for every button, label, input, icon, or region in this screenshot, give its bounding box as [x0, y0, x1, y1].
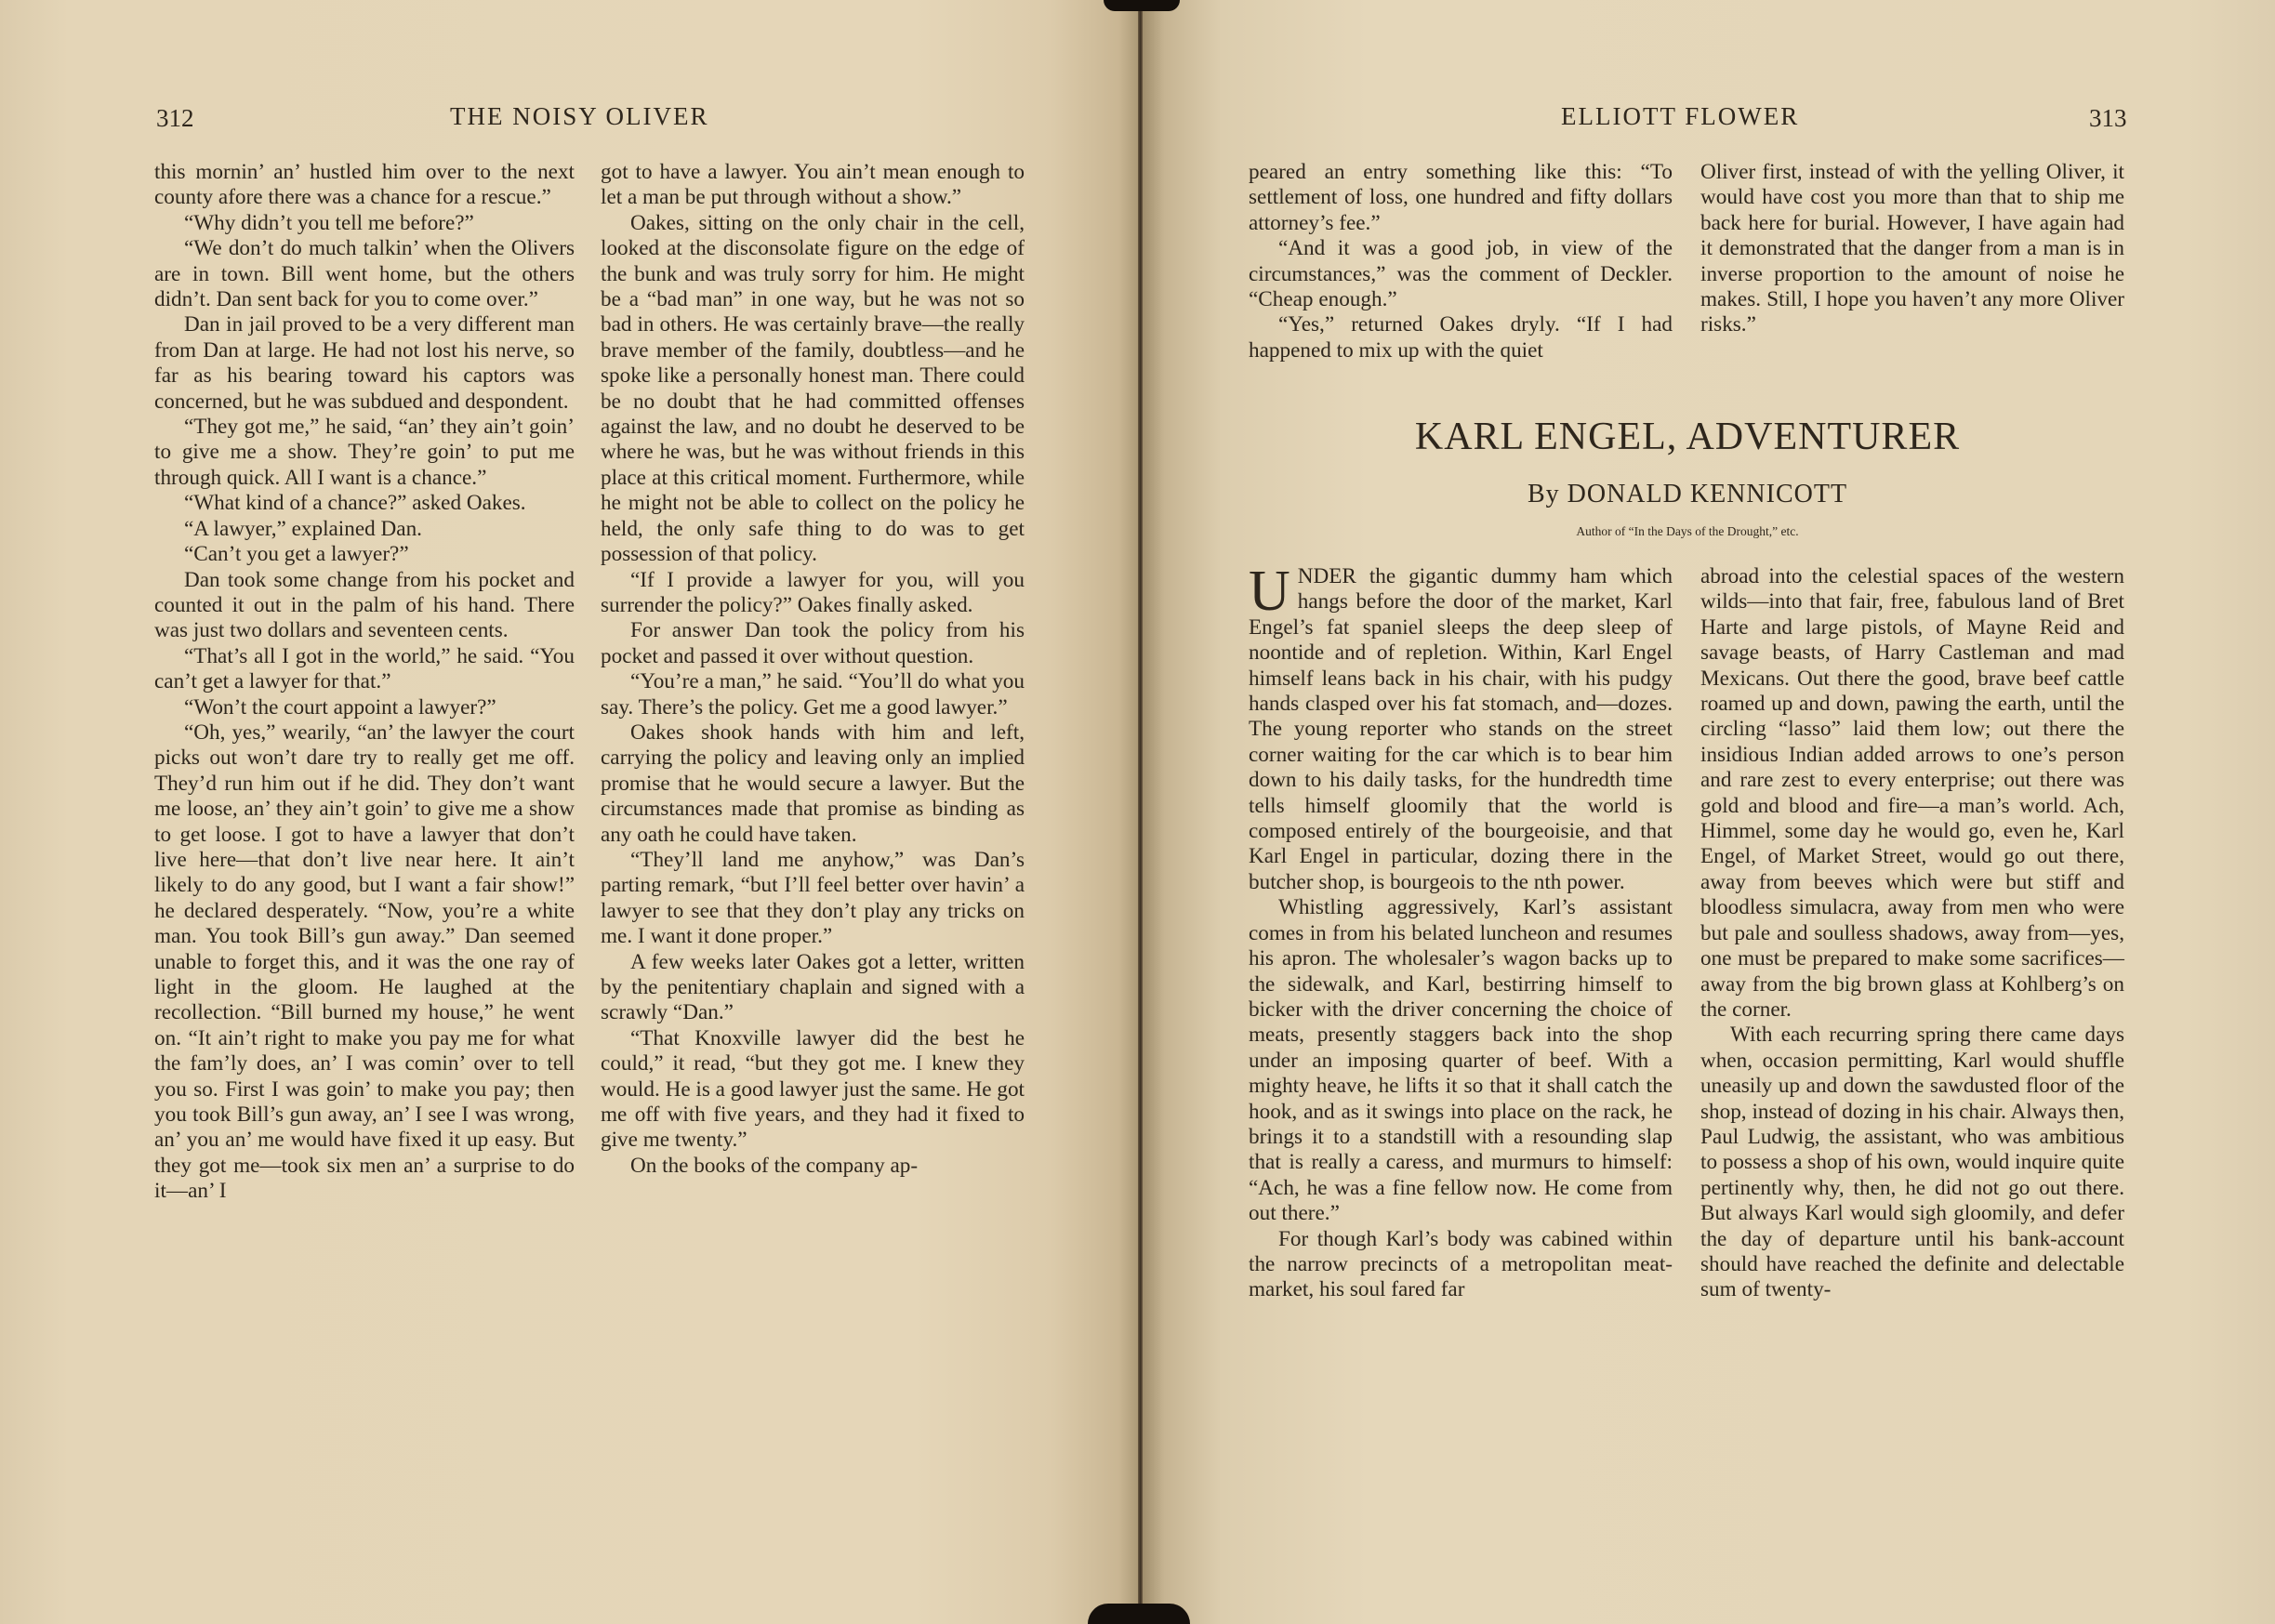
paragraph: For answer Dan took the policy from his … — [601, 618, 1025, 669]
paragraph: A few weeks later Oakes got a letter, wr… — [601, 950, 1025, 1026]
page-number-right: 313 — [2089, 104, 2127, 133]
paragraph: “They got me,” he said, “an’ they ain’t … — [154, 415, 575, 491]
paragraph: For though Karl’s body was cabined withi… — [1249, 1227, 1673, 1303]
paragraph: “You’re a man,” he said. “You’ll do what… — [601, 669, 1025, 720]
paragraph: Dan in jail proved to be a very differen… — [154, 312, 575, 415]
paragraph: peared an entry something like this: “To… — [1249, 160, 1673, 236]
paragraph: “Won’t the court appoint a lawyer?” — [154, 695, 575, 720]
paragraph: “We don’t do much talkin’ when the Olive… — [154, 236, 575, 312]
right-top-column-1: peared an entry something like this: “To… — [1249, 160, 1673, 363]
story-column-2: abroad into the celestial spaces of the … — [1700, 564, 2124, 1303]
page-number-left: 312 — [156, 104, 194, 133]
paragraph: On the books of the company ap- — [601, 1154, 1025, 1179]
paragraph: this mornin’ an’ hustled him over to the… — [154, 160, 575, 211]
story-column-1: UNDER the gigantic dummy ham which hangs… — [1249, 564, 1673, 1303]
paragraph: “A lawyer,” explained Dan. — [154, 517, 575, 542]
paragraph: “They’ll land me anyhow,” was Dan’s part… — [601, 848, 1025, 950]
author-note: Author of “In the Days of the Drought,” … — [1237, 524, 2138, 539]
book-gutter — [1138, 0, 1143, 1624]
paragraph: Whistling aggressively, Karl’s assistant… — [1249, 895, 1673, 1226]
paragraph: Oakes shook hands with him and left, car… — [601, 720, 1025, 848]
paragraph: “Oh, yes,” wearily, “an’ the lawyer the … — [154, 720, 575, 1205]
author-name: DONALD KENNICOTT — [1567, 480, 1847, 508]
paragraph: “Why didn’t you tell me before?” — [154, 211, 575, 236]
paragraph: “What kind of a chance?” asked Oakes. — [154, 491, 575, 516]
left-page: 312 THE NOISY OLIVER this mornin’ an’ hu… — [0, 0, 1142, 1624]
paragraph: “Can’t you get a lawyer?” — [154, 542, 575, 567]
book-spread: 312 THE NOISY OLIVER this mornin’ an’ hu… — [0, 0, 2275, 1624]
paragraph: “If I provide a lawyer for you, will you… — [601, 568, 1025, 619]
paragraph: UNDER the gigantic dummy ham which hangs… — [1249, 564, 1673, 895]
binding-shadow-top — [1104, 0, 1180, 11]
right-top-column-2: Oliver first, instead of with the yellin… — [1700, 160, 2124, 338]
paragraph: “That’s all I got in the world,” he said… — [154, 644, 575, 695]
left-column-1: this mornin’ an’ hustled him over to the… — [154, 160, 575, 1205]
binding-shadow-bottom — [1088, 1604, 1190, 1624]
story-title: KARL ENGEL, ADVENTURER — [1237, 415, 2138, 459]
paragraph: Dan took some change from his pocket and… — [154, 568, 575, 644]
left-column-2: got to have a lawyer. You ain’t mean eno… — [601, 160, 1025, 1179]
paragraph: got to have a lawyer. You ain’t mean eno… — [601, 160, 1025, 211]
running-head-right: ELLIOTT FLOWER — [1561, 102, 1799, 131]
paragraph: “And it was a good job, in view of the c… — [1249, 236, 1673, 312]
story-byline: By DONALD KENNICOTT — [1237, 480, 2138, 509]
paragraph: abroad into the celestial spaces of the … — [1700, 564, 2124, 1023]
running-head-left: THE NOISY OLIVER — [450, 102, 708, 131]
paragraph: Oliver first, instead of with the yellin… — [1700, 160, 2124, 338]
paragraph: “Yes,” returned Oakes dryly. “If I had h… — [1249, 312, 1673, 363]
paragraph: “That Knoxville lawyer did the best he c… — [601, 1026, 1025, 1154]
byline-prefix: By — [1528, 480, 1560, 508]
paragraph: With each recurring spring there came da… — [1700, 1023, 2124, 1302]
drop-cap: U — [1249, 568, 1290, 614]
paragraph: Oakes, sitting on the only chair in the … — [601, 211, 1025, 568]
